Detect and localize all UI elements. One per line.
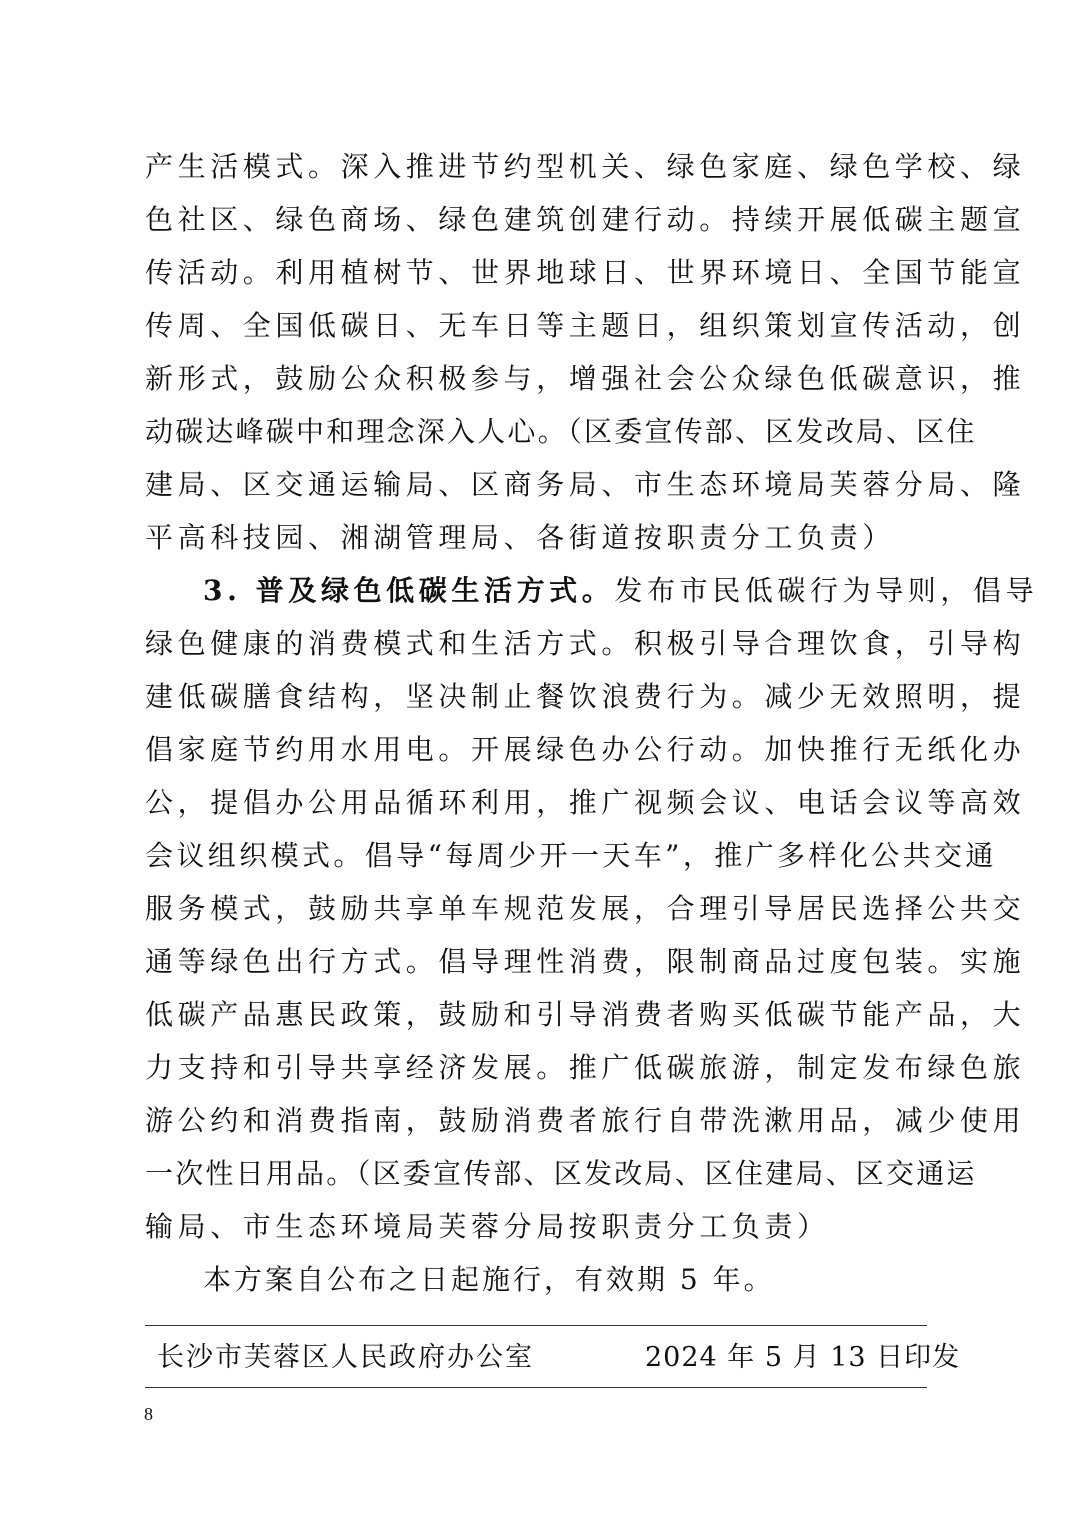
section-3-first-line-text: 发布市民低碳行为导则，倡导: [614, 574, 1038, 607]
footer-top-rule: [145, 1325, 927, 1326]
text-line: 传活动。利用植树节、世界地球日、世界环境日、全国节能宣: [145, 246, 935, 299]
text-line: 公，提倡办公用品循环利用，推广视频会议、电话会议等高效: [145, 776, 935, 829]
document-page: 产生活模式。深入推进节约型机关、绿色家庭、绿色学校、绿 色社区、绿色商场、绿色建…: [0, 0, 1074, 1520]
page-number: 8: [144, 1404, 153, 1425]
text-line: 力支持和引导共享经济发展。推广低碳旅游，制定发布绿色旅: [145, 1041, 935, 1094]
text-line: 游公约和消费指南，鼓励消费者旅行自带洗漱用品，减少使用: [145, 1094, 935, 1147]
text-line: 色社区、绿色商场、绿色建筑创建行动。持续开展低碳主题宣: [145, 193, 935, 246]
footer-bottom-rule: [145, 1387, 927, 1388]
text-line: 建低碳膳食结构，坚决制止餐饮浪费行为。减少无效照明，提: [145, 670, 935, 723]
text-line: 倡家庭节约用水用电。开展绿色办公行动。加快推行无纸化办: [145, 723, 935, 776]
text-line: 建局、区交通运输局、区商务局、市生态环境局芙蓉分局、隆: [145, 458, 935, 511]
issuer-name: 长沙市芙蓉区人民政府办公室: [157, 1338, 534, 1378]
section-3-heading: 3. 普及绿色低碳生活方式。: [203, 574, 614, 607]
text-line: 传周、全国低碳日、无车日等主题日，组织策划宣传活动，创: [145, 299, 935, 352]
text-line: 产生活模式。深入推进节约型机关、绿色家庭、绿色学校、绿: [145, 140, 935, 193]
text-line: 动碳达峰碳中和理念深入人心。（区委宣传部、区发改局、区住: [145, 405, 935, 458]
section-3-first-line: 3. 普及绿色低碳生活方式。发布市民低碳行为导则，倡导: [145, 564, 935, 617]
issue-date: 2024 年 5 月 13 日印发: [645, 1338, 960, 1378]
text-line: 输局、市生态环境局芙蓉分局按职责分工负责）: [145, 1200, 935, 1253]
closing-statement: 本方案自公布之日起施行，有效期 5 年。: [145, 1253, 935, 1306]
text-line: 低碳产品惠民政策，鼓励和引导消费者购买低碳节能产品，大: [145, 988, 935, 1041]
text-line: 平高科技园、湘湖管理局、各街道按职责分工负责）: [145, 511, 935, 564]
document-body: 产生活模式。深入推进节约型机关、绿色家庭、绿色学校、绿 色社区、绿色商场、绿色建…: [145, 140, 935, 1306]
text-line: 通等绿色出行方式。倡导理性消费，限制商品过度包装。实施: [145, 935, 935, 988]
text-line: 会议组织模式。倡导“每周少开一天车”，推广多样化公共交通: [145, 829, 935, 882]
text-line: 服务模式，鼓励共享单车规范发展，合理引导居民选择公共交: [145, 882, 935, 935]
text-line: 绿色健康的消费模式和生活方式。积极引导合理饮食，引导构: [145, 617, 935, 670]
text-line: 一次性日用品。（区委宣传部、区发改局、区住建局、区交通运: [145, 1147, 935, 1200]
text-line: 新形式，鼓励公众积极参与，增强社会公众绿色低碳意识，推: [145, 352, 935, 405]
